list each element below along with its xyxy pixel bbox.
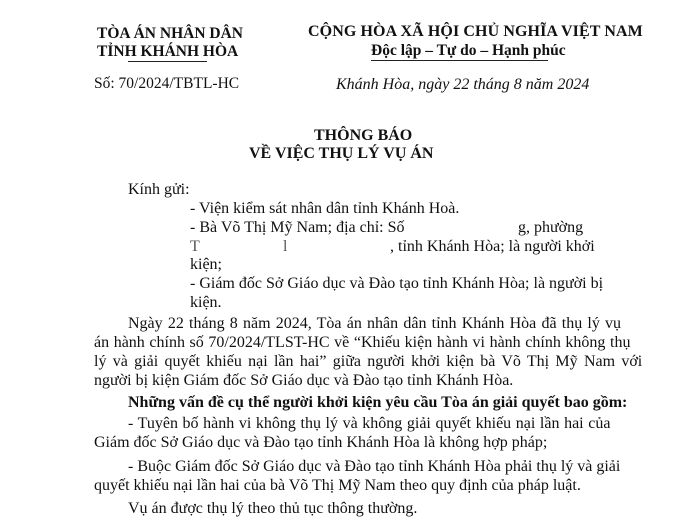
claim1-line2: Giám đốc Sở Giáo dục và Đào tạo tỉnh Khá… — [94, 434, 547, 452]
motto-underline-divider — [371, 60, 548, 61]
procedure-statement: Vụ án được thụ lý theo thủ tục thông thư… — [128, 500, 417, 518]
redacted-address-fragment: T — [190, 238, 200, 256]
claim1-line1: - Tuyên bố hành vi không thụ lý và không… — [128, 415, 610, 433]
court-underline-divider — [128, 61, 207, 62]
place-and-date: Khánh Hòa, ngày 22 tháng 8 năm 2024 — [336, 76, 589, 94]
claim2-line1: - Buộc Giám đốc Sở Giáo dục và Đào tạo t… — [128, 458, 620, 476]
recipient-plaintiff-address-ward: g, phường — [518, 219, 583, 237]
claim2-line2: quyết khiếu nại lần hai của bà Võ Thị Mỹ… — [94, 477, 581, 495]
case-paragraph-line3: lý và giải quyết khiếu nại lần hai” giữa… — [94, 353, 642, 371]
document-number: Số: 70/2024/TBTL-HC — [94, 75, 239, 93]
case-paragraph-line2: án hành chính số 70/2024/TLST-HC về “Khi… — [94, 334, 630, 352]
recipient-defendant-line1: - Giám đốc Sở Giáo dục và Đào tạo tỉnh K… — [190, 275, 603, 293]
national-motto: Độc lập – Tự do – Hạnh phúc — [371, 42, 566, 60]
recipient-plaintiff-line2: , tỉnh Khánh Hòa; là người khởi — [390, 238, 595, 256]
recipient-defendant-line2: kiện. — [190, 294, 222, 312]
case-paragraph-line4: người bị kiện Giám đốc Sở Giáo dục và Đà… — [94, 372, 513, 390]
notice-subtitle: VỀ VIỆC THỤ LÝ VỤ ÁN — [249, 145, 433, 163]
recipient-plaintiff-line3: kiện; — [190, 256, 222, 274]
court-name-line1: TÒA ÁN NHÂN DÂN — [97, 25, 243, 43]
recipient-procuracy: - Viện kiểm sát nhân dân tỉnh Khánh Hoà. — [190, 200, 459, 218]
notice-title: THÔNG BÁO — [314, 127, 412, 145]
case-paragraph-line1: Ngày 22 tháng 8 năm 2024, Tòa án nhân dâ… — [128, 315, 621, 333]
national-title: CỘNG HÒA XÃ HỘI CHỦ NGHĨA VIỆT NAM — [308, 23, 643, 41]
redacted-address-fragment: l — [283, 238, 287, 256]
salutation: Kính gửi: — [128, 181, 190, 199]
recipient-plaintiff-line1: - Bà Võ Thị Mỹ Nam; địa chỉ: Số — [190, 219, 405, 237]
court-name-line2: TỈNH KHÁNH HÒA — [97, 43, 238, 61]
claims-heading: Những vấn đề cụ thể người khởi kiện yêu … — [128, 394, 627, 412]
